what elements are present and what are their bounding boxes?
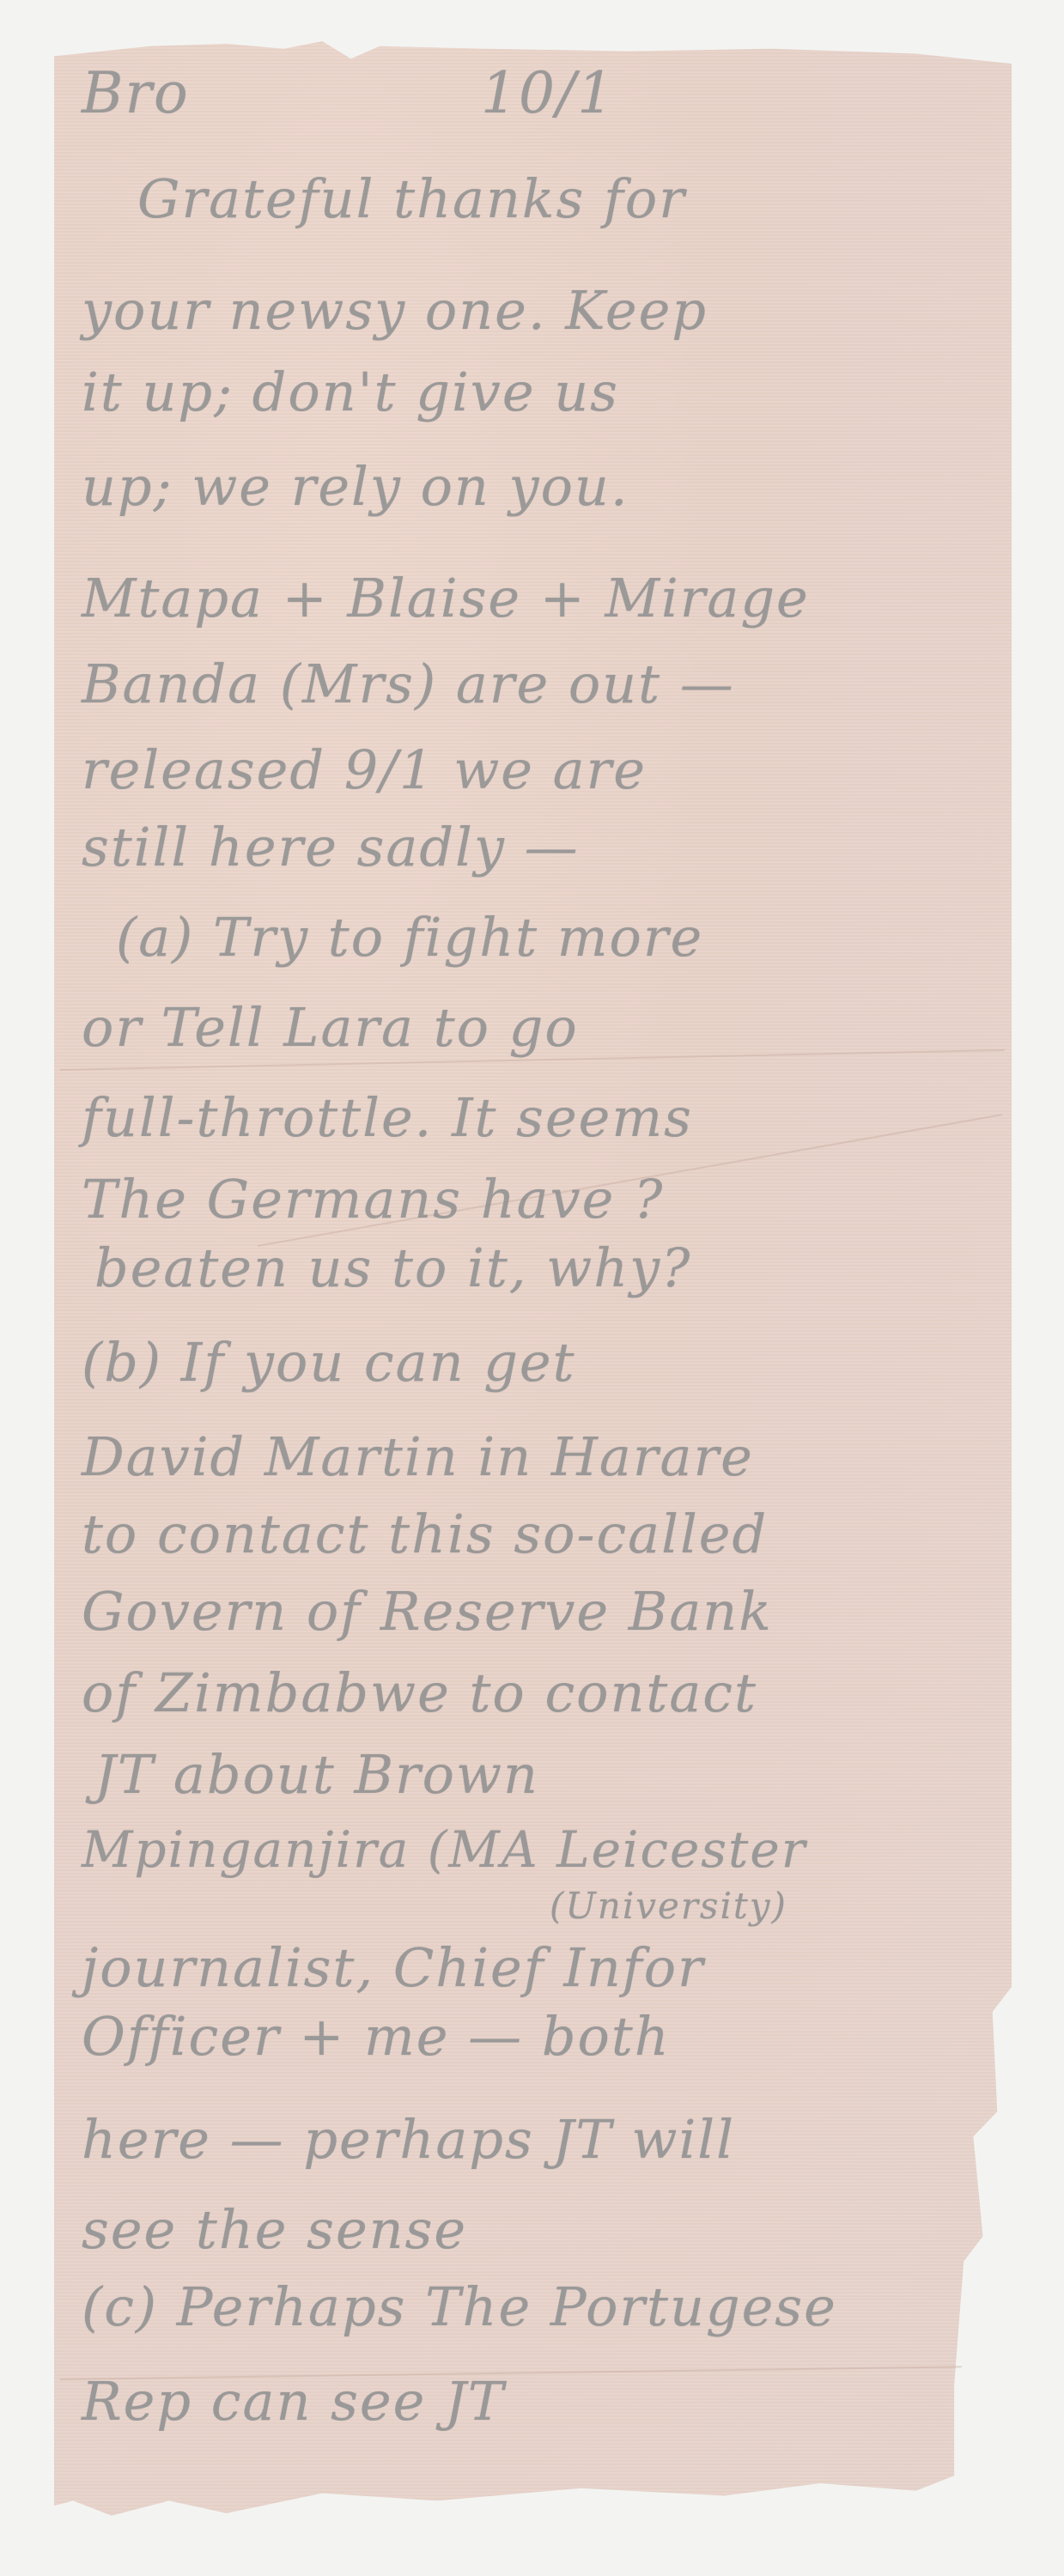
note-line: beaten us to it, why? — [94, 1236, 691, 1299]
note-line: (b) If you can get — [82, 1331, 576, 1394]
note-line: Grateful thanks for — [137, 167, 686, 230]
note-line: (c) Perhaps The Portugese — [82, 2275, 837, 2338]
note-line: or Tell Lara to go — [82, 996, 579, 1059]
note-line: it up; don't give us — [82, 361, 619, 423]
note-line: Officer + me — both — [82, 2005, 671, 2068]
date: 10/1 — [481, 60, 615, 126]
note-line: Mtapa + Blaise + Mirage — [82, 567, 810, 629]
note-line: Banda (Mrs) are out — — [82, 653, 735, 715]
note-line: up; we rely on you. — [82, 455, 629, 518]
note-line: journalist, Chief Infor — [82, 1936, 705, 1999]
note-line: released 9/1 we are — [82, 738, 647, 801]
note-line: here — perhaps JT will — [82, 2108, 735, 2171]
note-line: full-throttle. It seems — [82, 1086, 693, 1149]
note-line: (University) — [550, 1885, 787, 1927]
note-line: Govern of Reserve Bank — [82, 1580, 773, 1643]
note-line: Mpinganjira (MA Leicester — [82, 1820, 806, 1879]
note-line: Rep can see JT — [82, 2370, 505, 2433]
salutation: Bro — [82, 60, 190, 126]
note-line: David Martin in Harare — [82, 1425, 754, 1488]
note-line: The Germans have ? — [82, 1168, 664, 1230]
note-line: see the sense — [82, 2198, 467, 2261]
note-line: to contact this so-called — [82, 1503, 768, 1565]
note-line: of Zimbabwe to contact — [82, 1662, 757, 1724]
note-line: JT about Brown — [94, 1743, 539, 1806]
note-line: still here sadly — — [82, 816, 580, 878]
note-line: your newsy one. Keep — [82, 279, 708, 342]
note-line: (a) Try to fight more — [116, 906, 703, 969]
